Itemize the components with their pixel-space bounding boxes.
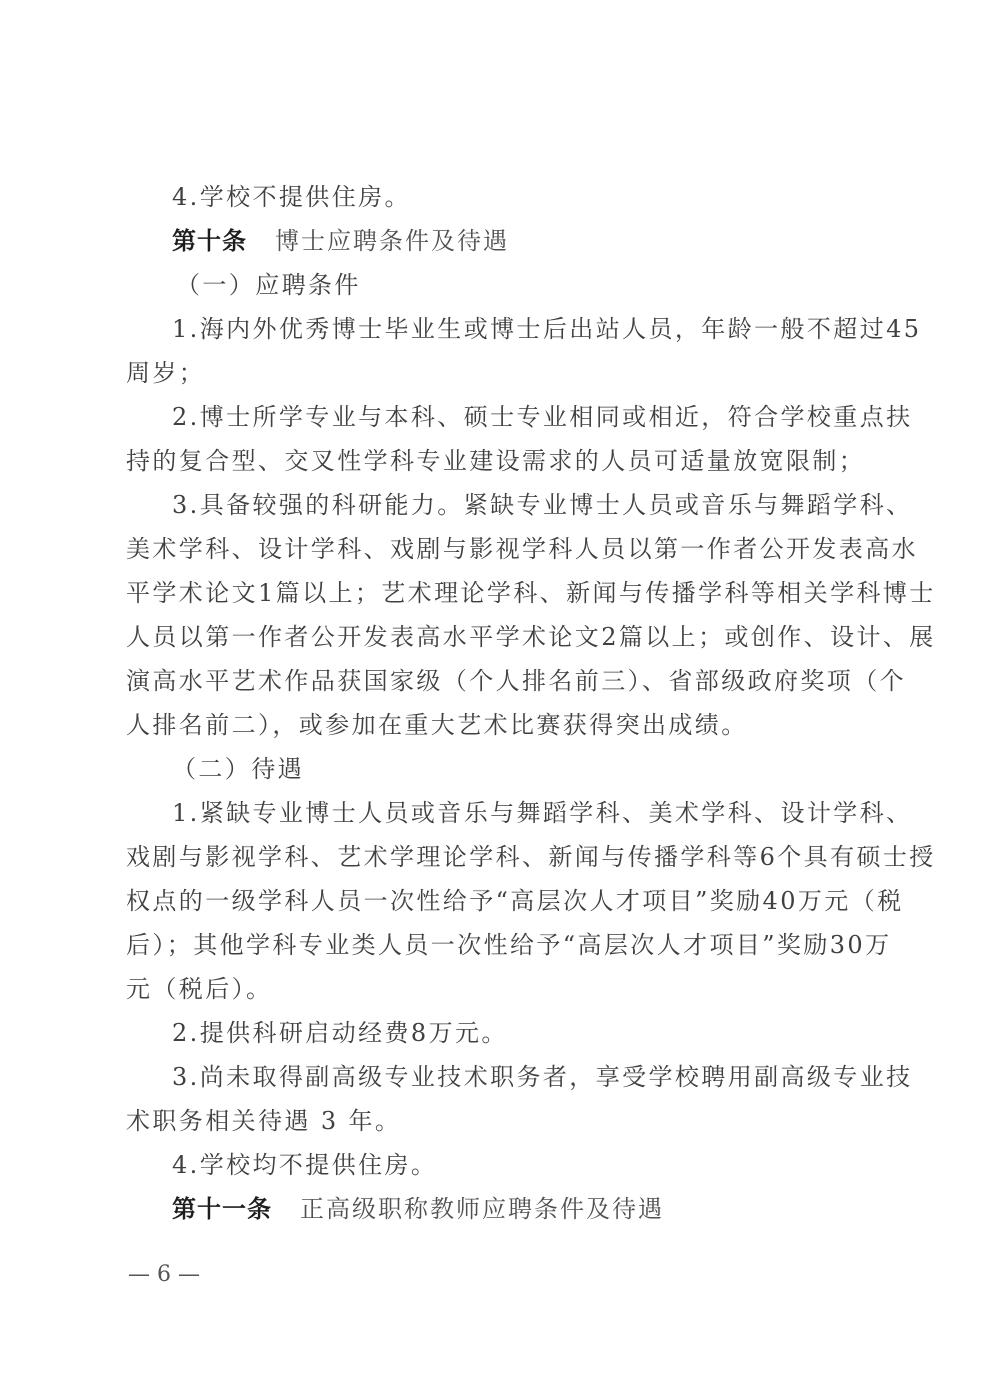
- paragraph-line: 4.学校不提供住房。: [172, 182, 411, 212]
- paragraph-line: 3.具备较强的科研能力。紧缺专业博士人员或音乐与舞蹈学科、: [172, 490, 913, 520]
- paragraph-line: 术职务相关待遇 3 年。: [126, 1106, 401, 1136]
- article-title: 博士应聘条件及待遇: [275, 227, 509, 255]
- paragraph-line: 2.提供科研启动经费8万元。: [172, 1018, 508, 1048]
- article-label: 第十条: [172, 226, 247, 255]
- paragraph-line: 戏剧与影视学科、艺术学理论学科、新闻与传播学科等6个具有硕士授: [126, 842, 936, 872]
- paragraph-line: 美术学科、设计学科、戏剧与影视学科人员以第一作者公开发表高水: [126, 534, 918, 564]
- paragraph-line: 持的复合型、交叉性学科专业建设需求的人员可适量放宽限制；: [126, 446, 865, 476]
- article-heading-10: 第十条博士应聘条件及待遇: [172, 226, 509, 256]
- paragraph-line: 演高水平艺术作品获国家级（个人排名前三）、省部级政府奖项（个: [126, 666, 906, 696]
- page-number: — 6 —: [128, 1262, 200, 1287]
- paragraph-line: 元（税后）。: [126, 974, 272, 1004]
- document-page: 4.学校不提供住房。 第十条博士应聘条件及待遇 （一）应聘条件 1.海内外优秀博…: [0, 0, 1000, 1390]
- section-heading: （一）应聘条件: [176, 270, 361, 300]
- article-title: 正高级职称教师应聘条件及待遇: [300, 1195, 664, 1223]
- paragraph-line: 1.紧缺专业博士人员或音乐与舞蹈学科、美术学科、设计学科、: [172, 798, 913, 828]
- paragraph-line: 权点的一级学科人员一次性给予“高层次人才项目”奖励40万元（税: [126, 886, 903, 916]
- section-heading: （二）待遇: [172, 754, 304, 784]
- paragraph-line: 周岁；: [126, 358, 205, 388]
- paragraph-line: 2.博士所学专业与本科、硕士专业相同或相近，符合学校重点扶: [172, 402, 913, 432]
- paragraph-line: 人排名前二），或参加在重大艺术比赛获得突出成绩。: [126, 710, 748, 740]
- paragraph-line: 人员以第一作者公开发表高水平学术论文2篇以上；或创作、设计、展: [126, 622, 936, 652]
- article-label: 第十一条: [172, 1194, 272, 1223]
- article-heading-11: 第十一条正高级职称教师应聘条件及待遇: [172, 1194, 664, 1224]
- paragraph-line: 后）；其他学科专业类人员一次性给予“高层次人才项目”奖励30万: [126, 930, 891, 960]
- paragraph-line: 平学术论文1篇以上；艺术理论学科、新闻与传播学科等相关学科博士: [126, 578, 936, 608]
- paragraph-line: 4.学校均不提供住房。: [172, 1150, 437, 1180]
- paragraph-line: 3.尚未取得副高级专业技术职务者，享受学校聘用副高级专业技: [172, 1062, 913, 1092]
- paragraph-line: 1.海内外优秀博士毕业生或博士后出站人员，年龄一般不超过45: [172, 314, 921, 344]
